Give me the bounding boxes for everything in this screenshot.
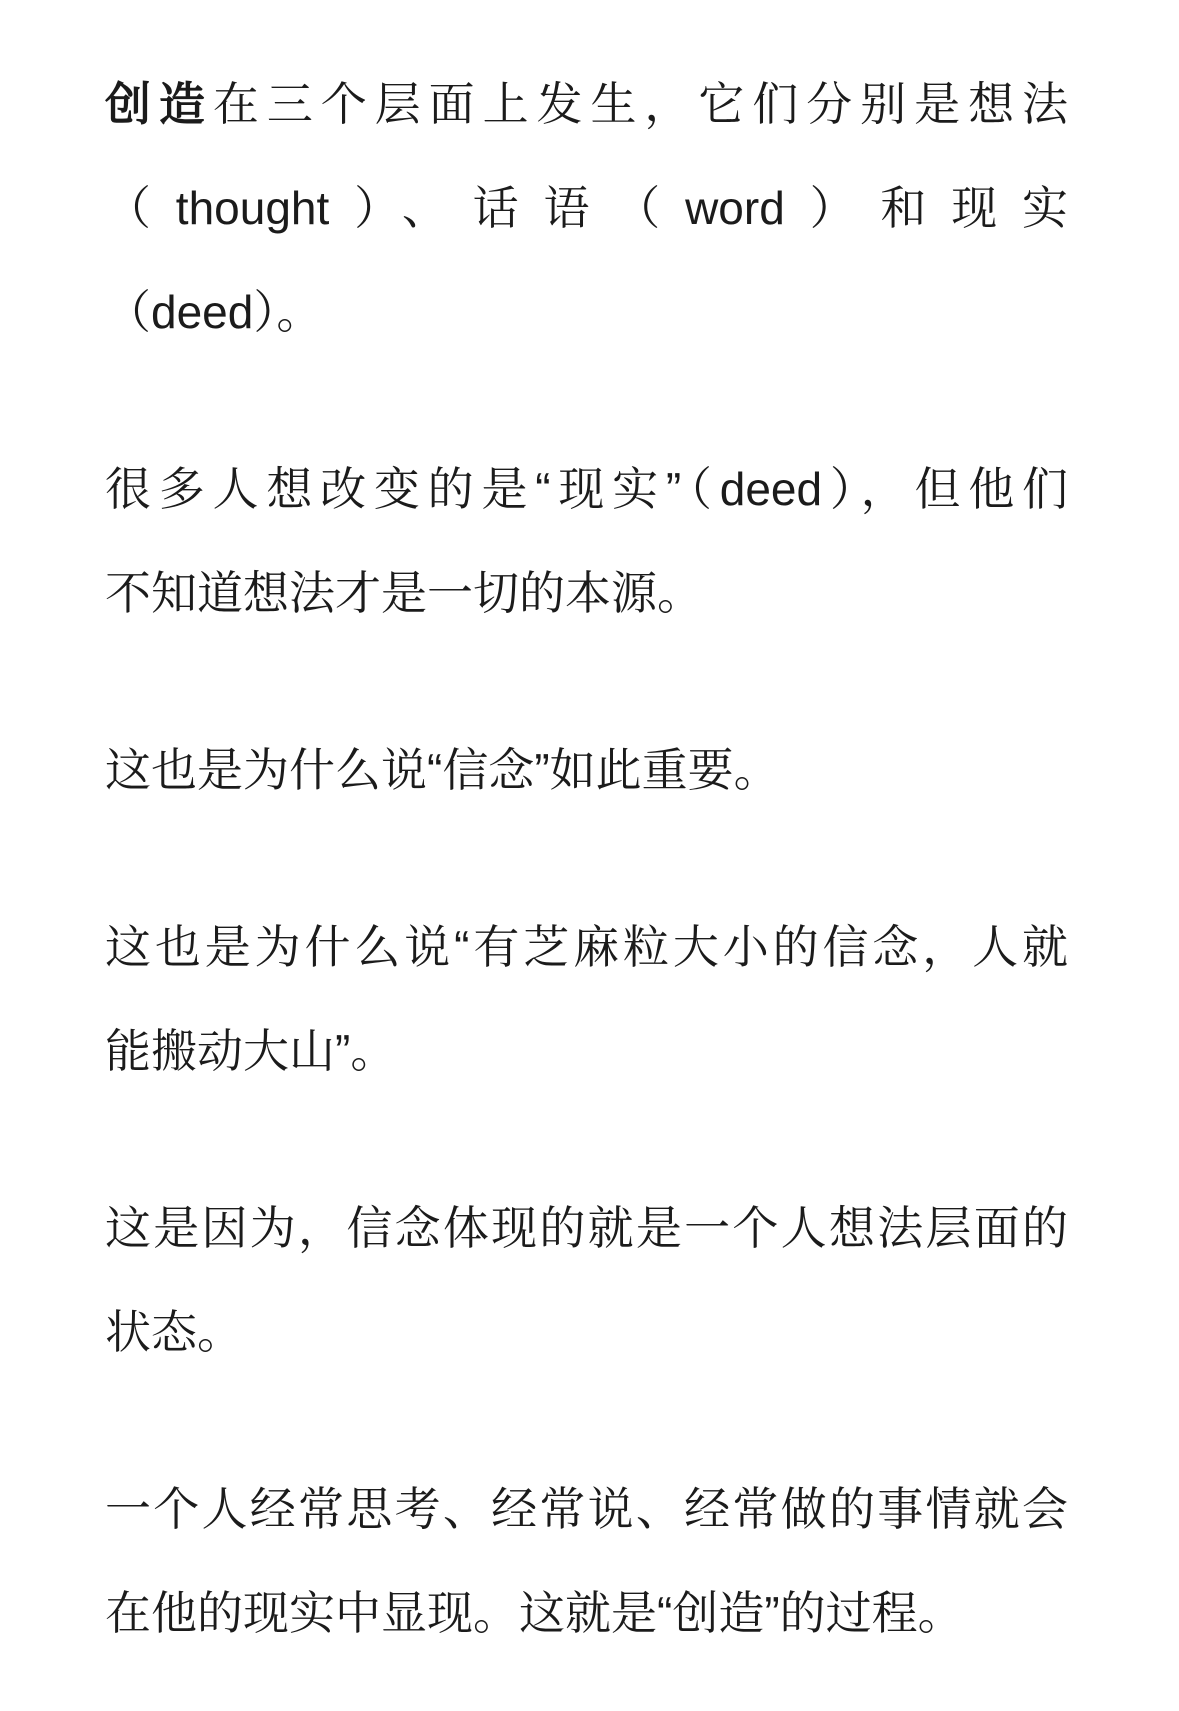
page: 创造在三个层面上发生，它们分别是想法（thought）、话语（word）和现实（… (0, 0, 1179, 1711)
article-body: 创造在三个层面上发生，它们分别是想法（thought）、话语（word）和现实（… (0, 0, 1179, 1665)
text-line: （deed）。 (105, 260, 1068, 364)
bold-text: 创造 (105, 78, 213, 130)
text-line: （thought）、话语（word）和现实 (105, 156, 1068, 260)
body-text: （deed）。 (105, 286, 322, 338)
body-text: 不知道想法才是一切的本源。 (105, 567, 703, 619)
text-line: 状态。 (105, 1280, 1068, 1384)
text-line: 这也是为什么说“有芝麻粒大小的信念，人就 (105, 895, 1068, 999)
body-text: 状态。 (105, 1306, 243, 1358)
body-text: 这也是为什么说“有芝麻粒大小的信念，人就 (105, 921, 1068, 973)
text-line: 一个人经常思考、经常说、经常做的事情就会 (105, 1457, 1068, 1561)
body-text: （thought）、话语（word）和现实 (105, 182, 1068, 234)
body-text: 这是因为，信念体现的就是一个人想法层面的 (105, 1202, 1068, 1254)
text-line: 创造在三个层面上发生，它们分别是想法 (105, 52, 1068, 156)
body-text: 在三个层面上发生，它们分别是想法 (213, 78, 1068, 130)
paragraph: 这是因为，信念体现的就是一个人想法层面的状态。 (105, 1176, 1068, 1384)
body-text: 很多人想改变的是“现实”（deed），但他们 (105, 463, 1068, 515)
paragraph: 一个人经常思考、经常说、经常做的事情就会在他的现实中显现。这就是“创造”的过程。 (105, 1457, 1068, 1665)
paragraph: 这也是为什么说“有芝麻粒大小的信念，人就能搬动大山”。 (105, 895, 1068, 1103)
text-line: 这是因为，信念体现的就是一个人想法层面的 (105, 1176, 1068, 1280)
text-line: 这也是为什么说“信念”如此重要。 (105, 718, 1068, 822)
body-text: 在他的现实中显现。这就是“创造”的过程。 (105, 1587, 964, 1639)
paragraph: 很多人想改变的是“现实”（deed），但他们不知道想法才是一切的本源。 (105, 437, 1068, 645)
text-line: 在他的现实中显现。这就是“创造”的过程。 (105, 1561, 1068, 1665)
paragraph: 创造在三个层面上发生，它们分别是想法（thought）、话语（word）和现实（… (105, 52, 1068, 364)
body-text: 能搬动大山”。 (105, 1025, 396, 1077)
body-text: 这也是为什么说“信念”如此重要。 (105, 744, 780, 796)
text-line: 能搬动大山”。 (105, 999, 1068, 1103)
text-line: 不知道想法才是一切的本源。 (105, 541, 1068, 645)
text-line: 很多人想改变的是“现实”（deed），但他们 (105, 437, 1068, 541)
paragraph: 这也是为什么说“信念”如此重要。 (105, 718, 1068, 822)
body-text: 一个人经常思考、经常说、经常做的事情就会 (105, 1483, 1068, 1535)
